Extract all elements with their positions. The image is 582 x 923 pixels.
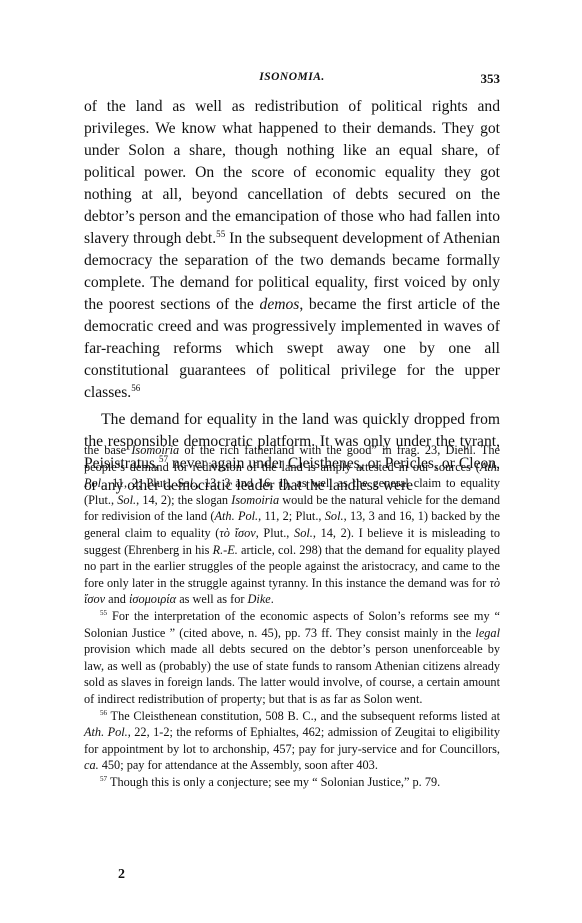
text-run: provision which made all debts secured o… xyxy=(84,642,500,706)
italic-term: Isomoiria xyxy=(131,443,179,457)
italic-term: Sol. xyxy=(177,476,196,490)
text-run: The Cleisthenean constitution, 508 B. C.… xyxy=(107,709,500,723)
text-run: Though this is only a conjecture; see my… xyxy=(107,775,440,789)
italic-term: Sol. xyxy=(117,493,136,507)
italic-term: Ath. Pol. xyxy=(84,725,128,739)
text-run: , 14, 2); the slogan xyxy=(136,493,231,507)
page-number: 353 xyxy=(481,71,501,87)
italic-term: R.-E. xyxy=(213,543,238,557)
footnote-55: 55 For the interpretation of the economi… xyxy=(84,608,500,708)
italic-term: Sol. xyxy=(325,509,344,523)
footnote-ref-56: 56 xyxy=(131,383,140,393)
running-head: ISONOMIA. 353 xyxy=(84,71,500,87)
text-run: , Plut., xyxy=(256,526,294,540)
italic-term: Sol. xyxy=(294,526,313,540)
running-title: ISONOMIA. xyxy=(84,71,500,83)
text-run: and xyxy=(105,592,129,606)
text-run: the base xyxy=(84,443,131,457)
italic-term: legal xyxy=(475,626,500,640)
paragraph: of the land as well as redistribution of… xyxy=(84,96,500,404)
signature-mark: 2 xyxy=(118,867,125,883)
footnote-continued: the base Isomoiria of the rich fatherlan… xyxy=(84,442,500,608)
text-run: of the land as well as redistribution of… xyxy=(84,98,500,247)
text-run: , 22, 1-2; the reforms of Ephialtes, 462… xyxy=(84,725,500,756)
greek-term: ἰσομοιρία xyxy=(129,592,176,606)
text-run: 450; pay for attendance at the Assembly,… xyxy=(99,758,378,772)
footnote-57: 57 Though this is only a conjecture; see… xyxy=(84,774,500,791)
italic-term: Dike xyxy=(248,592,271,606)
main-text: of the land as well as redistribution of… xyxy=(84,96,500,497)
italic-term: ca. xyxy=(84,758,99,772)
text-run: as well as for xyxy=(176,592,247,606)
text-run: For the interpretation of the economic a… xyxy=(84,609,500,640)
footnotes: the base Isomoiria of the rich fatherlan… xyxy=(84,442,500,790)
footnote-56: 56 The Cleisthenean constitution, 508 B.… xyxy=(84,708,500,774)
italic-term: Isomoiria xyxy=(231,493,279,507)
italic-term: Ath. Pol. xyxy=(215,509,259,523)
text-run: , 11, 2; Plut., xyxy=(258,509,325,523)
italic-term: demos xyxy=(260,296,300,313)
greek-term: τὸ ἴσον xyxy=(219,526,255,540)
text-run: . xyxy=(271,592,274,606)
footnote-ref-55: 55 xyxy=(216,229,225,239)
text-run: , 11, 2; Plut., xyxy=(104,476,177,490)
